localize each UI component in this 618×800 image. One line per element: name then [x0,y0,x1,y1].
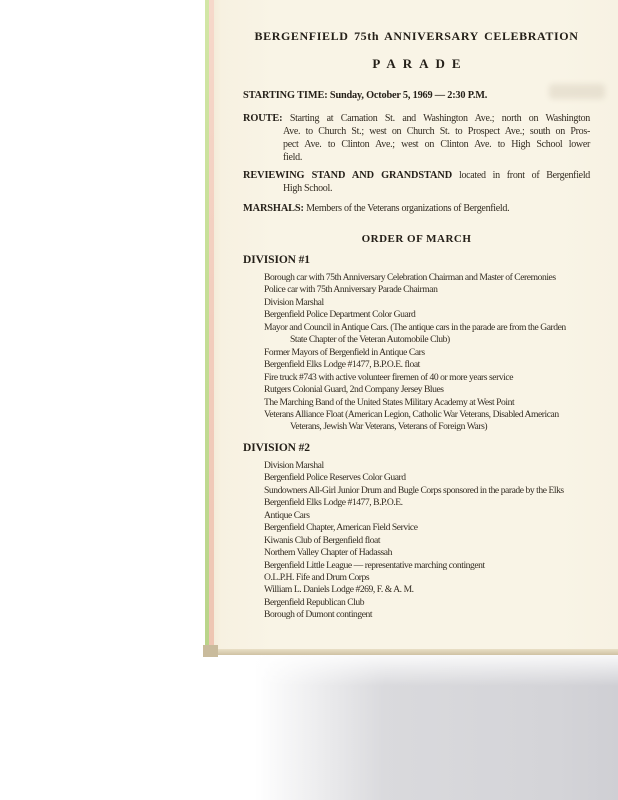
division-2-entries: Division MarshalBergenfield Police Reser… [243,460,590,622]
division-1-heading: DIVISION #1 [243,254,590,267]
division-2-heading: DIVISION #2 [243,442,590,455]
parade-entry-line: Veterans, Jewish War Veterans, Veterans … [264,421,590,433]
parade-entry: Division Marshal [243,460,590,472]
marshals-value: Members of the Veterans organizations of… [306,203,509,214]
parade-entry: Antique Cars [243,510,590,522]
route-line-4: field. [243,151,590,164]
parade-entry: William L. Daniels Lodge #269, F. & A. M… [243,584,590,596]
marshals-line: MARSHALS: Members of the Veterans organi… [243,202,590,215]
parade-entry-line: Bergenfield Police Department Color Guar… [264,309,590,321]
parade-entry: Rutgers Colonial Guard, 2nd Company Jers… [243,384,590,396]
division-1-entries: Borough car with 75th Anniversary Celebr… [243,272,590,434]
ink-bleed-through [549,84,605,99]
scanned-document: { "scan": { "paper_color": "#f9f4e6", "e… [0,0,618,800]
reviewing-stand-paragraph: REVIEWING STAND AND GRANDSTAND located i… [243,169,590,195]
parade-entry: Sundowners All-Girl Junior Drum and Bugl… [243,485,590,497]
parade-entry: Bergenfield Elks Lodge #1477, B.P.O.E. f… [243,359,590,371]
parade-entry-line: Division Marshal [264,460,590,472]
parade-entry-line: Northern Valley Chapter of Hadassah [264,547,590,559]
parade-entry: Division Marshal [243,297,590,309]
parade-entry: Bergenfield Chapter, American Field Serv… [243,522,590,534]
parade-entry: Veterans Alliance Float (American Legion… [243,409,590,434]
parade-entry-line: Bergenfield Little League — representati… [264,560,590,572]
parade-entry: Bergenfield Elks Lodge #1477, B.P.O.E. [243,497,590,509]
parade-entry-line: Kiwanis Club of Bergenfield float [264,535,590,547]
scanner-shadow [255,652,618,800]
parade-entry-line: Police car with 75th Anniversary Parade … [264,284,590,296]
page-subtitle: PARADE [365,57,467,70]
parade-entry-line: Bergenfield Republican Club [264,597,590,609]
parade-entry-line: Division Marshal [264,297,590,309]
parade-entry: Former Mayors of Bergenfield in Antique … [243,347,590,359]
reviewing-line-1: REVIEWING STAND AND GRANDSTAND located i… [243,169,590,182]
page-title: BERGENFIELD 75th ANNIVERSARY CELEBRATION [255,30,579,43]
starting-time-label: STARTING TIME: [243,90,328,101]
parade-entry: Bergenfield Republican Club [243,597,590,609]
parade-entry-line: Borough of Dumont contingent [264,609,590,621]
page-corner-notch [203,645,218,657]
route-label: ROUTE: [243,113,282,124]
parade-entry-line: Mayor and Council in Antique Cars. (The … [264,322,590,334]
order-of-march-heading: ORDER OF MARCH [243,233,590,246]
page-content: BERGENFIELD 75th ANNIVERSARY CELEBRATION… [243,0,590,622]
parade-entry-line: Bergenfield Elks Lodge #1477, B.P.O.E. [264,497,590,509]
marshals-label: MARSHALS: [243,203,304,214]
parade-entry-line: Sundowners All-Girl Junior Drum and Bugl… [264,485,590,497]
reviewing-stand-label: REVIEWING STAND AND GRANDSTAND [243,170,452,181]
parade-entry-line: The Marching Band of the United States M… [264,397,590,409]
route-paragraph: ROUTE: Starting at Carnation St. and Was… [243,112,590,164]
parade-entry-line: O.L.P.H. Fife and Drum Corps [264,572,590,584]
parade-entry: Northern Valley Chapter of Hadassah [243,547,590,559]
parade-entry-line: William L. Daniels Lodge #269, F. & A. M… [264,584,590,596]
parade-entry-line: Bergenfield Elks Lodge #1477, B.P.O.E. f… [264,359,590,371]
parade-entry-line: Borough car with 75th Anniversary Celebr… [264,272,590,284]
parade-entry: Police car with 75th Anniversary Parade … [243,284,590,296]
parade-entry-line: Veterans Alliance Float (American Legion… [264,409,590,421]
parade-entry-line: Antique Cars [264,510,590,522]
parade-entry: Bergenfield Police Reserves Color Guard [243,472,590,484]
route-line-1: ROUTE: Starting at Carnation St. and Was… [243,112,590,125]
starting-time-value: Sunday, October 5, 1969 — 2:30 P.M. [330,90,487,101]
parade-entry: Kiwanis Club of Bergenfield float [243,535,590,547]
parade-entry: The Marching Band of the United States M… [243,397,590,409]
route-continuation: Ave. to Church St.; west on Church St. t… [243,125,590,164]
parade-entry: Bergenfield Little League — representati… [243,560,590,572]
parade-entry-line: Former Mayors of Bergenfield in Antique … [264,347,590,359]
starting-time-line: STARTING TIME: Sunday, October 5, 1969 —… [243,89,590,102]
parade-entry-line: Rutgers Colonial Guard, 2nd Company Jers… [264,384,590,396]
parade-entry: Fire truck #743 with active volunteer fi… [243,372,590,384]
parade-entry: Bergenfield Police Department Color Guar… [243,309,590,321]
parade-entry: Borough car with 75th Anniversary Celebr… [243,272,590,284]
parade-entry-line: Bergenfield Chapter, American Field Serv… [264,522,590,534]
parade-entry: Mayor and Council in Antique Cars. (The … [243,322,590,347]
page-bottom-edge [205,649,618,655]
parade-entry-line: State Chapter of the Veteran Automobile … [264,334,590,346]
page-edge-pink [209,0,214,649]
parade-entry-line: Bergenfield Police Reserves Color Guard [264,472,590,484]
route-line-3: pect Ave. to Clinton Ave.; west on Clint… [243,138,590,151]
parade-entry: O.L.P.H. Fife and Drum Corps [243,572,590,584]
reviewing-line-2: High School. [243,182,590,195]
parade-entry: Borough of Dumont contingent [243,609,590,621]
parade-entry-line: Fire truck #743 with active volunteer fi… [264,372,590,384]
route-line-2: Ave. to Church St.; west on Church St. t… [243,125,590,138]
